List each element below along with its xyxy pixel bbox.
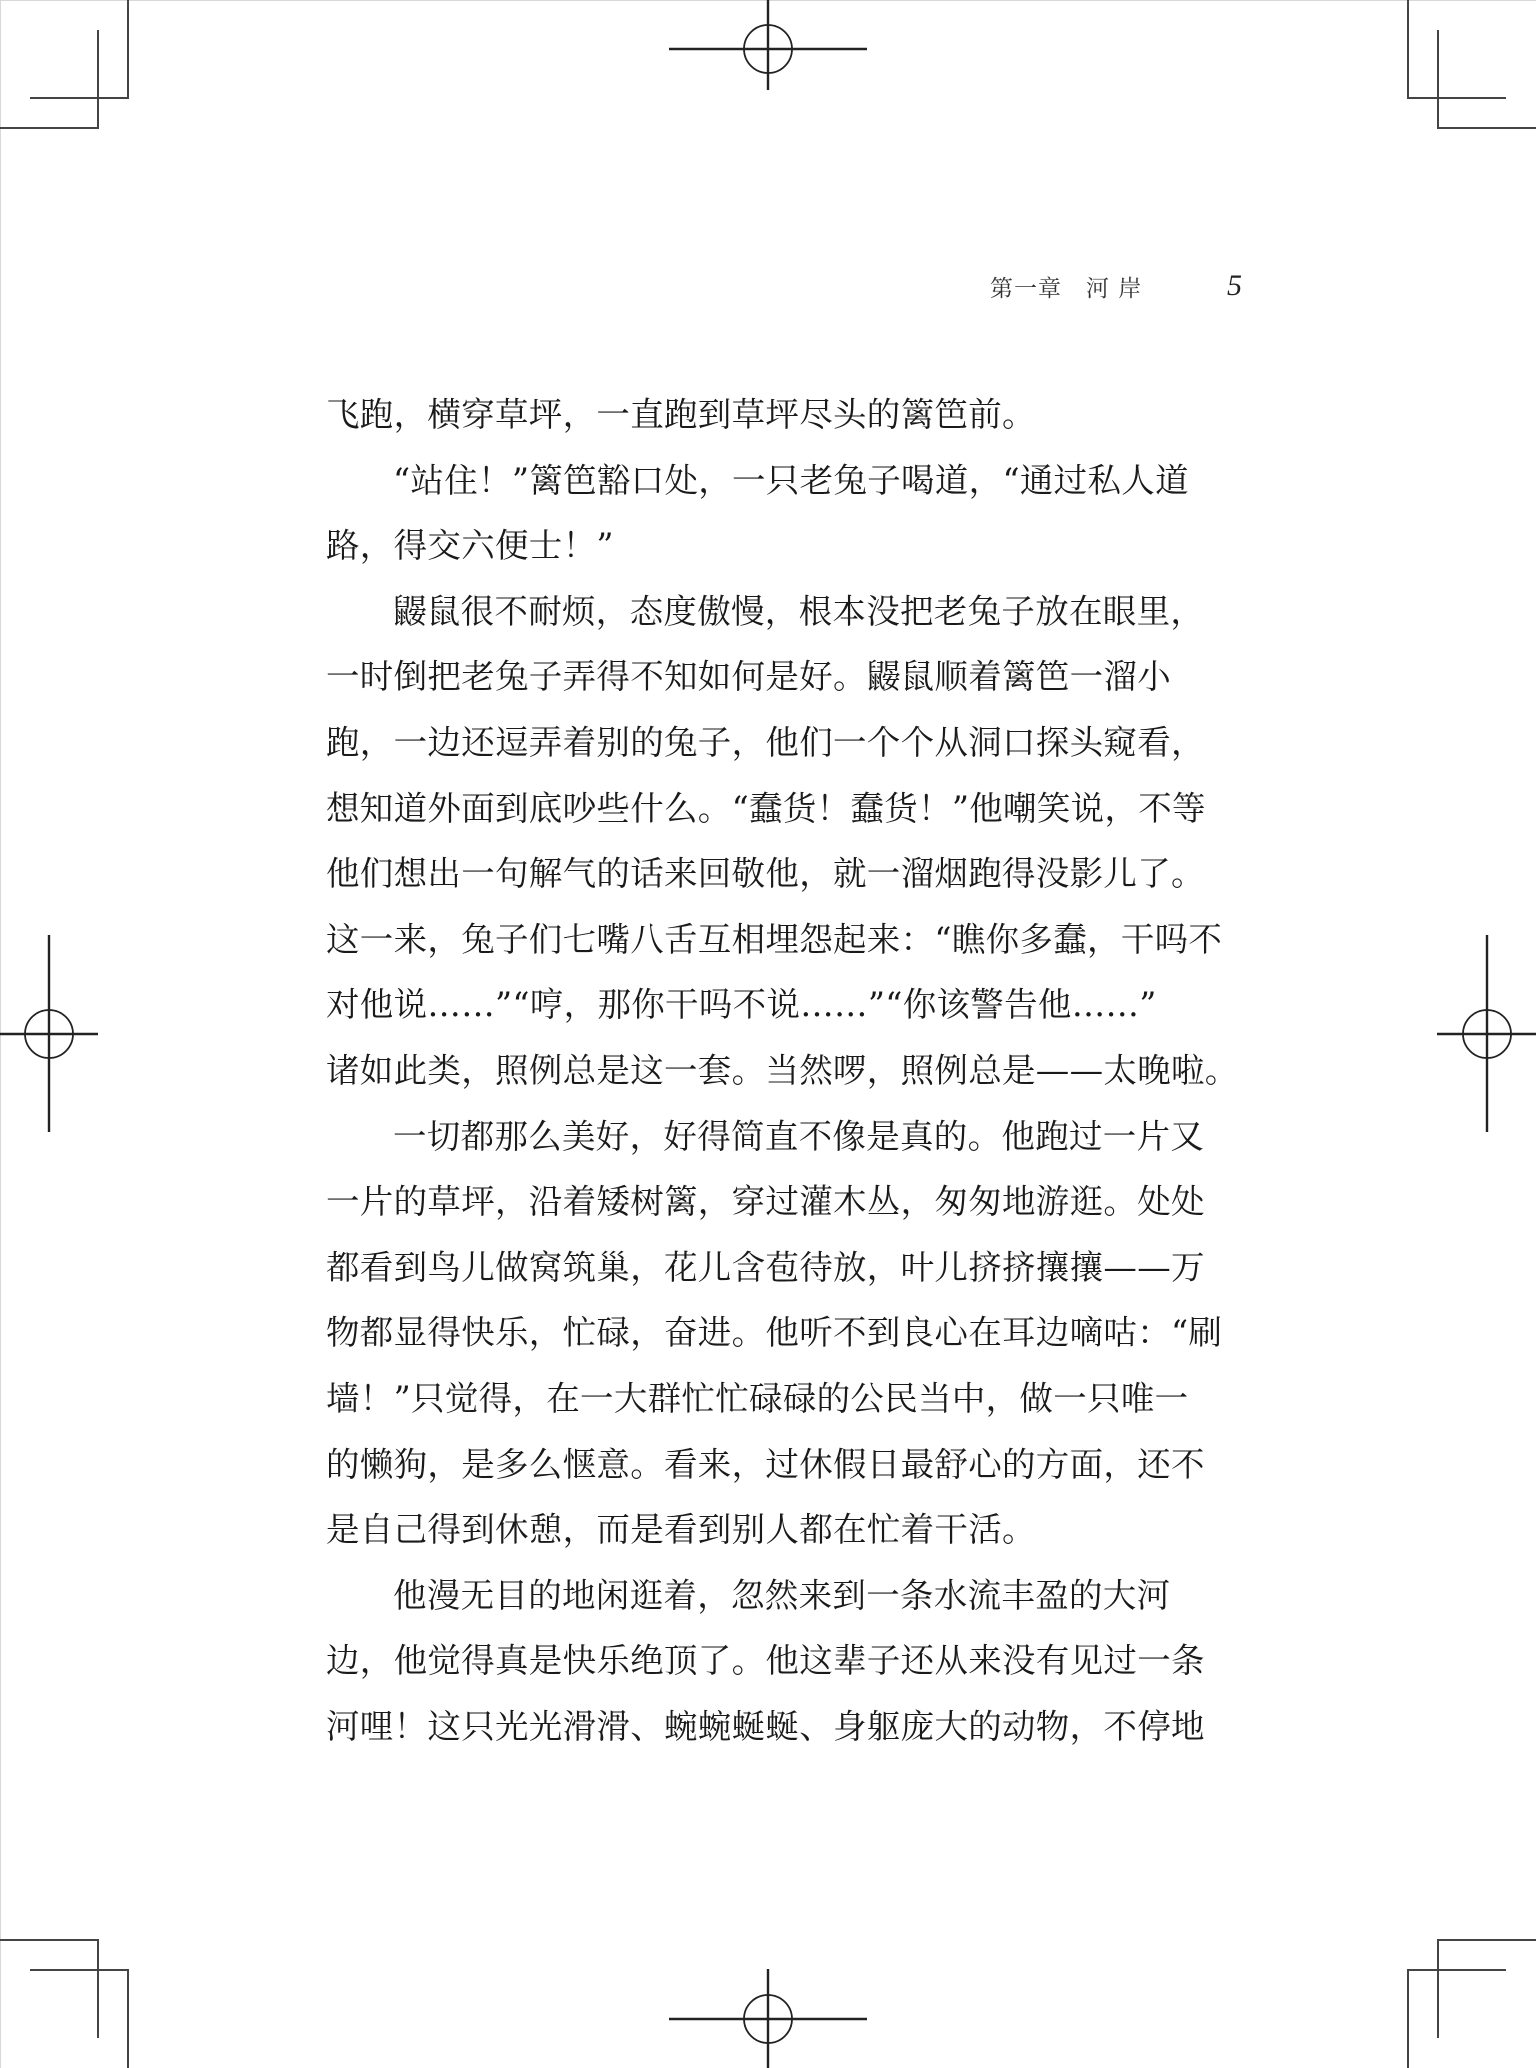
registration-mark-left-icon [0, 935, 98, 1132]
text-line: 他们想出一句解气的话来回敬他，就一溜烟跑得没影儿了。 [326, 841, 1242, 907]
crop-mark-bottom-left-icon [0, 1940, 128, 2068]
text-line: 河哩！这只光光滑滑、蜿蜿蜒蜒、身躯庞大的动物，不停地 [326, 1694, 1242, 1760]
crop-mark-bottom-right-icon [1408, 1940, 1536, 2068]
text-line: 路，得交六便士！” [326, 513, 1242, 579]
crop-mark-top-right-icon [1408, 0, 1536, 128]
text-line: “站住！”篱笆豁口处，一只老兔子喝道，“通过私人道 [326, 448, 1242, 514]
text-line: 飞跑，横穿草坪，一直跑到草坪尽头的篱笆前。 [326, 382, 1242, 448]
page-number: 5 [1227, 269, 1242, 303]
body-text: 飞跑，横穿草坪，一直跑到草坪尽头的篱笆前。“站住！”篱笆豁口处，一只老兔子喝道，… [326, 382, 1242, 1759]
registration-mark-right-icon [1437, 935, 1536, 1132]
text-line: 都看到鸟儿做窝筑巢，花儿含苞待放，叶儿挤挤攘攘——万 [326, 1235, 1242, 1301]
text-line: 对他说……”“哼，那你干吗不说……”“你该警告他……” [326, 972, 1242, 1038]
text-line: 物都显得快乐，忙碌，奋进。他听不到良心在耳边嘀咕：“刷 [326, 1300, 1242, 1366]
text-line: 是自己得到休憩，而是看到别人都在忙着干活。 [326, 1497, 1242, 1563]
text-line: 鼹鼠很不耐烦，态度傲慢，根本没把老兔子放在眼里， [326, 579, 1242, 645]
text-line: 的懒狗，是多么惬意。看来，过休假日最舒心的方面，还不 [326, 1432, 1242, 1498]
text-line: 一片的草坪，沿着矮树篱，穿过灌木丛，匆匆地游逛。处处 [326, 1169, 1242, 1235]
text-line: 诸如此类，照例总是这一套。当然啰，照例总是——太晚啦。 [326, 1038, 1242, 1104]
text-line: 边，他觉得真是快乐绝顶了。他这辈子还从来没有见过一条 [326, 1628, 1242, 1694]
chapter-title: 第一章 河 岸 [990, 270, 1142, 303]
text-line: 跑，一边还逗弄着别的兔子，他们一个个从洞口探头窥看， [326, 710, 1242, 776]
registration-mark-top-icon [669, 0, 867, 90]
running-head: 第一章 河 岸 5 [990, 266, 1250, 306]
text-line: 他漫无目的地闲逛着，忽然来到一条水流丰盈的大河 [326, 1563, 1242, 1629]
text-line: 一时倒把老兔子弄得不知如何是好。鼹鼠顺着篱笆一溜小 [326, 644, 1242, 710]
text-line: 这一来，兔子们七嘴八舌互相埋怨起来：“瞧你多蠢，干吗不 [326, 907, 1242, 973]
text-line: 想知道外面到底吵些什么。“蠢货！蠢货！”他嘲笑说，不等 [326, 776, 1242, 842]
text-line: 一切都那么美好，好得简直不像是真的。他跑过一片又 [326, 1104, 1242, 1170]
registration-mark-bottom-icon [669, 1969, 867, 2068]
crop-mark-top-left-icon [0, 0, 128, 128]
text-line: 墙！”只觉得，在一大群忙忙碌碌的公民当中，做一只唯一 [326, 1366, 1242, 1432]
